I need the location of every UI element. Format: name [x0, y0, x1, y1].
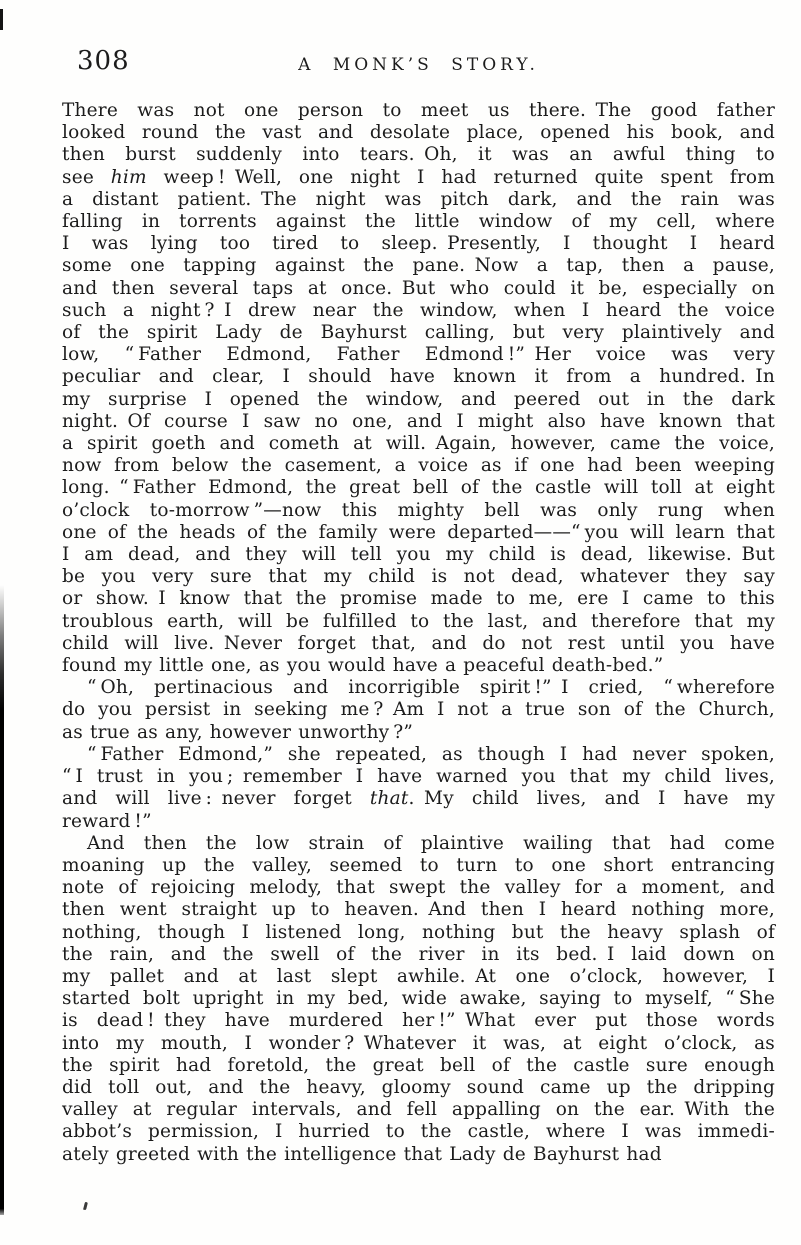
ink-speck: [83, 1202, 88, 1210]
text-line: valley at regular intervals, and fell ap…: [62, 1099, 775, 1121]
text-line: do you persist in seeking me ? Am I not …: [62, 699, 775, 721]
text-line: child will live. Never forget that, and …: [62, 633, 775, 655]
text-line: note of rejoicing melody, that swept the…: [62, 877, 775, 899]
text-line: I was lying too tired to sleep. Presentl…: [62, 233, 775, 255]
italic-text: him: [111, 167, 147, 188]
scan-edge-artifact: [0, 9, 3, 30]
text-line: did toll out, and the heavy, gloomy soun…: [62, 1077, 775, 1099]
text-line: nothing, though I listened long, nothing…: [62, 922, 775, 944]
text-line: into my mouth, I wonder ? Whatever it wa…: [62, 1033, 775, 1055]
italic-text: that: [370, 788, 409, 809]
text-line: or show. I know that the promise made to…: [62, 588, 775, 610]
text-line: abbot’s permission, I hurried to the cas…: [62, 1121, 775, 1143]
text-line: as true as any, however unworthy ?”: [62, 722, 775, 744]
text-line: started bolt upright in my bed, wide awa…: [62, 988, 775, 1010]
text-line: “ Father Edmond,” she repeated, as thoug…: [62, 744, 775, 766]
text-line: a distant patient. The night was pitch d…: [62, 189, 775, 211]
text-line: falling in torrents against the little w…: [62, 211, 775, 233]
text-line: long. “ Father Edmond, the great bell of…: [62, 477, 775, 499]
paragraph: There was not one person to meet us ther…: [62, 100, 775, 677]
scanned-book-page: 308 A MONK’S STORY. There was not one pe…: [0, 0, 801, 1245]
page-header: 308 A MONK’S STORY.: [62, 50, 775, 80]
text-line: and then several taps at once. But who c…: [62, 278, 775, 300]
paragraph: And then the low strain of plaintive wai…: [62, 833, 775, 1166]
text-line: I am dead, and they will tell you my chi…: [62, 544, 775, 566]
text-line: and will live : never forget that. My ch…: [62, 788, 775, 810]
paragraph: “ Father Edmond,” she repeated, as thoug…: [62, 744, 775, 833]
text-line: some one tapping against the pane. Now a…: [62, 255, 775, 277]
text-line: then burst suddenly into tears. Oh, it w…: [62, 144, 775, 166]
text-line: troublous earth, will be fulfilled to th…: [62, 611, 775, 633]
text-line: a spirit goeth and cometh at will. Again…: [62, 433, 775, 455]
running-title: A MONK’S STORY.: [62, 50, 775, 75]
text-line: such a night ? I drew near the window, w…: [62, 300, 775, 322]
text-line: looked round the vast and desolate place…: [62, 122, 775, 144]
text-line: night. Of course I saw no one, and I mig…: [62, 411, 775, 433]
paragraph: “ Oh, pertinacious and incorrigible spir…: [62, 677, 775, 744]
text-line: found my little one, as you would have a…: [62, 655, 775, 677]
text-line: the spirit had foretold, the great bell …: [62, 1055, 775, 1077]
text-line: see him weep ! Well, one night I had ret…: [62, 167, 775, 189]
text-line: ately greeted with the intelligence that…: [62, 1144, 775, 1166]
text-line: o’clock to-morrow ”—now this mighty bell…: [62, 500, 775, 522]
text-line: of the spirit Lady de Bayhurst calling, …: [62, 322, 775, 344]
text-column: 308 A MONK’S STORY. There was not one pe…: [62, 50, 775, 1166]
text-line: be you very sure that my child is not de…: [62, 566, 775, 588]
text-line: the rain, and the swell of the river in …: [62, 944, 775, 966]
text-line: peculiar and clear, I should have known …: [62, 366, 775, 388]
page-number: 308: [77, 46, 130, 76]
text-line: And then the low strain of plaintive wai…: [62, 833, 775, 855]
page-body: There was not one person to meet us ther…: [62, 100, 775, 1166]
text-line: There was not one person to meet us ther…: [62, 100, 775, 122]
text-line: my surprise I opened the window, and pee…: [62, 389, 775, 411]
text-line: is dead ! they have murdered her !” What…: [62, 1010, 775, 1032]
text-line: now from below the casement, a voice as …: [62, 455, 775, 477]
text-line: reward !”: [62, 811, 775, 833]
binding-gutter-shadow: [0, 585, 4, 1215]
text-line: one of the heads of the family were depa…: [62, 522, 775, 544]
text-line: moaning up the valley, seemed to turn to…: [62, 855, 775, 877]
text-line: “ I trust in you ; remember I have warne…: [62, 766, 775, 788]
text-line: then went straight up to heaven. And the…: [62, 899, 775, 921]
text-line: my pallet and at last slept awhile. At o…: [62, 966, 775, 988]
text-line: “ Oh, pertinacious and incorrigible spir…: [62, 677, 775, 699]
text-line: low, “ Father Edmond, Father Edmond !” H…: [62, 344, 775, 366]
